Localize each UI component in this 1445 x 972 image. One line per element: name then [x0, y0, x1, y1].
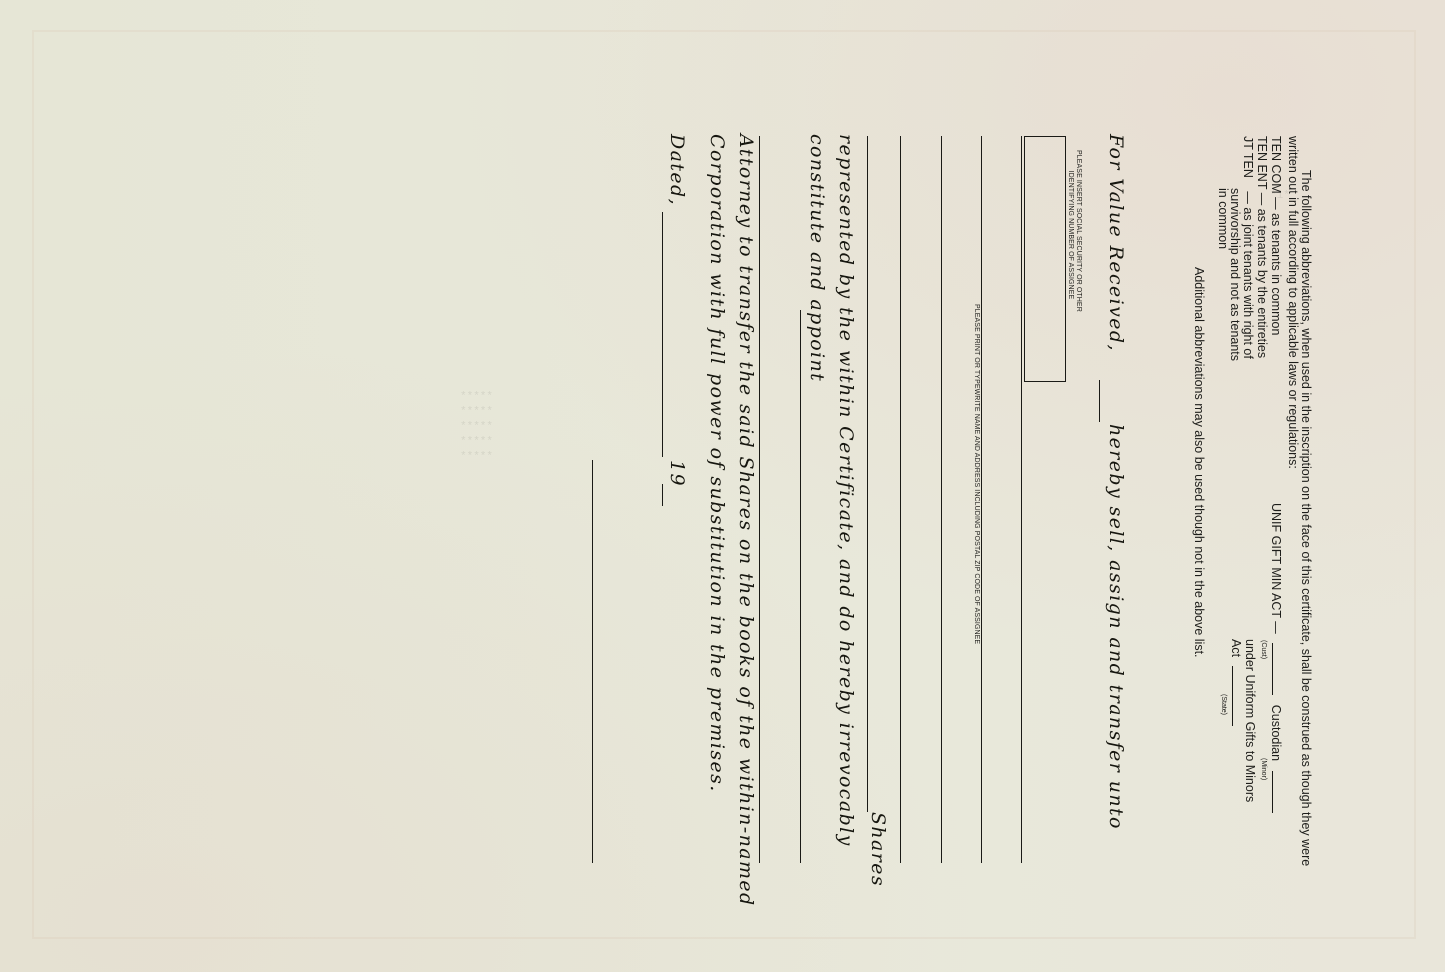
custodian-name-blank	[1272, 643, 1273, 695]
abbrev-code: JT TEN	[1241, 136, 1255, 178]
attorney-name-line[interactable]	[800, 310, 801, 863]
abbrev-ten-com: TEN COM — as tenants in common	[1269, 136, 1282, 335]
act-line: Act	[1229, 639, 1242, 726]
minor-name-blank	[1272, 771, 1273, 813]
dated-label: Dated,	[666, 134, 688, 206]
signature-line[interactable]	[592, 460, 593, 863]
for-value-received: For Value Received,	[1105, 134, 1127, 352]
year-blank[interactable]	[662, 484, 663, 506]
address-caption: PLEASE PRINT OR TYPEWRITE NAME AND ADDRE…	[972, 304, 980, 644]
abbrev-jt-ten-line3: in common	[1216, 188, 1229, 249]
assignee-line-2[interactable]	[981, 136, 982, 863]
sell-assign-transfer: hereby sell, assign and transfer unto	[1105, 424, 1127, 830]
ssn-input-box[interactable]	[1024, 136, 1066, 382]
assignee-line-1[interactable]	[1021, 136, 1022, 863]
abbrev-code: TEN COM	[1269, 136, 1283, 194]
abbrev-meaning: as tenants in common	[1269, 213, 1283, 335]
abbrev-intro-line2: written out in full according to applica…	[1286, 136, 1299, 469]
shares-count-line[interactable]	[867, 136, 868, 812]
cust-caption: (Cust)	[1260, 640, 1267, 659]
unif-gift-min-act: UNIF GIFT MIN ACT — Custodian	[1269, 503, 1282, 813]
corporation-text: Corporation with full power of substitut…	[706, 134, 728, 793]
attorney-text: Attorney to transfer the said Shares on …	[735, 134, 757, 907]
seller-blank	[1099, 380, 1100, 422]
constitute-text: constitute and appoint	[806, 134, 828, 382]
assignee-line-3[interactable]	[941, 136, 942, 863]
additional-abbrev-note: Additional abbreviations may also be use…	[1192, 267, 1205, 658]
state-caption: (State)	[1220, 694, 1227, 715]
abbrev-jt-ten: JT TEN — as joint tenants with right of	[1241, 136, 1254, 359]
certificate-back: The following abbreviations, when used i…	[0, 0, 1445, 972]
shares-label: Shares	[867, 812, 889, 887]
represented-text: represented by the within Certificate, a…	[835, 134, 857, 847]
state-blank	[1232, 666, 1233, 726]
date-blank[interactable]	[662, 212, 663, 457]
abbrev-meaning: as joint tenants with right of	[1241, 207, 1255, 358]
assignee-line-4[interactable]	[900, 136, 901, 863]
abbrev-ten-ent: TEN ENT — as tenants by the entireties	[1255, 136, 1268, 358]
abbrev-code: TEN ENT	[1255, 136, 1269, 189]
uniform-gifts-line: under Uniform Gifts to Minors	[1243, 639, 1256, 802]
year-prefix: 19	[666, 460, 688, 487]
abbrev-intro-line1: The following abbreviations, when used i…	[1299, 170, 1312, 866]
ssn-caption: PLEASE INSERT SOCIAL SECURITY OR OTHER I…	[1066, 150, 1082, 312]
abbrev-meaning: as tenants by the entireties	[1255, 209, 1269, 358]
attorney-top-line[interactable]	[759, 136, 760, 863]
minor-caption: (Minor)	[1260, 758, 1267, 780]
